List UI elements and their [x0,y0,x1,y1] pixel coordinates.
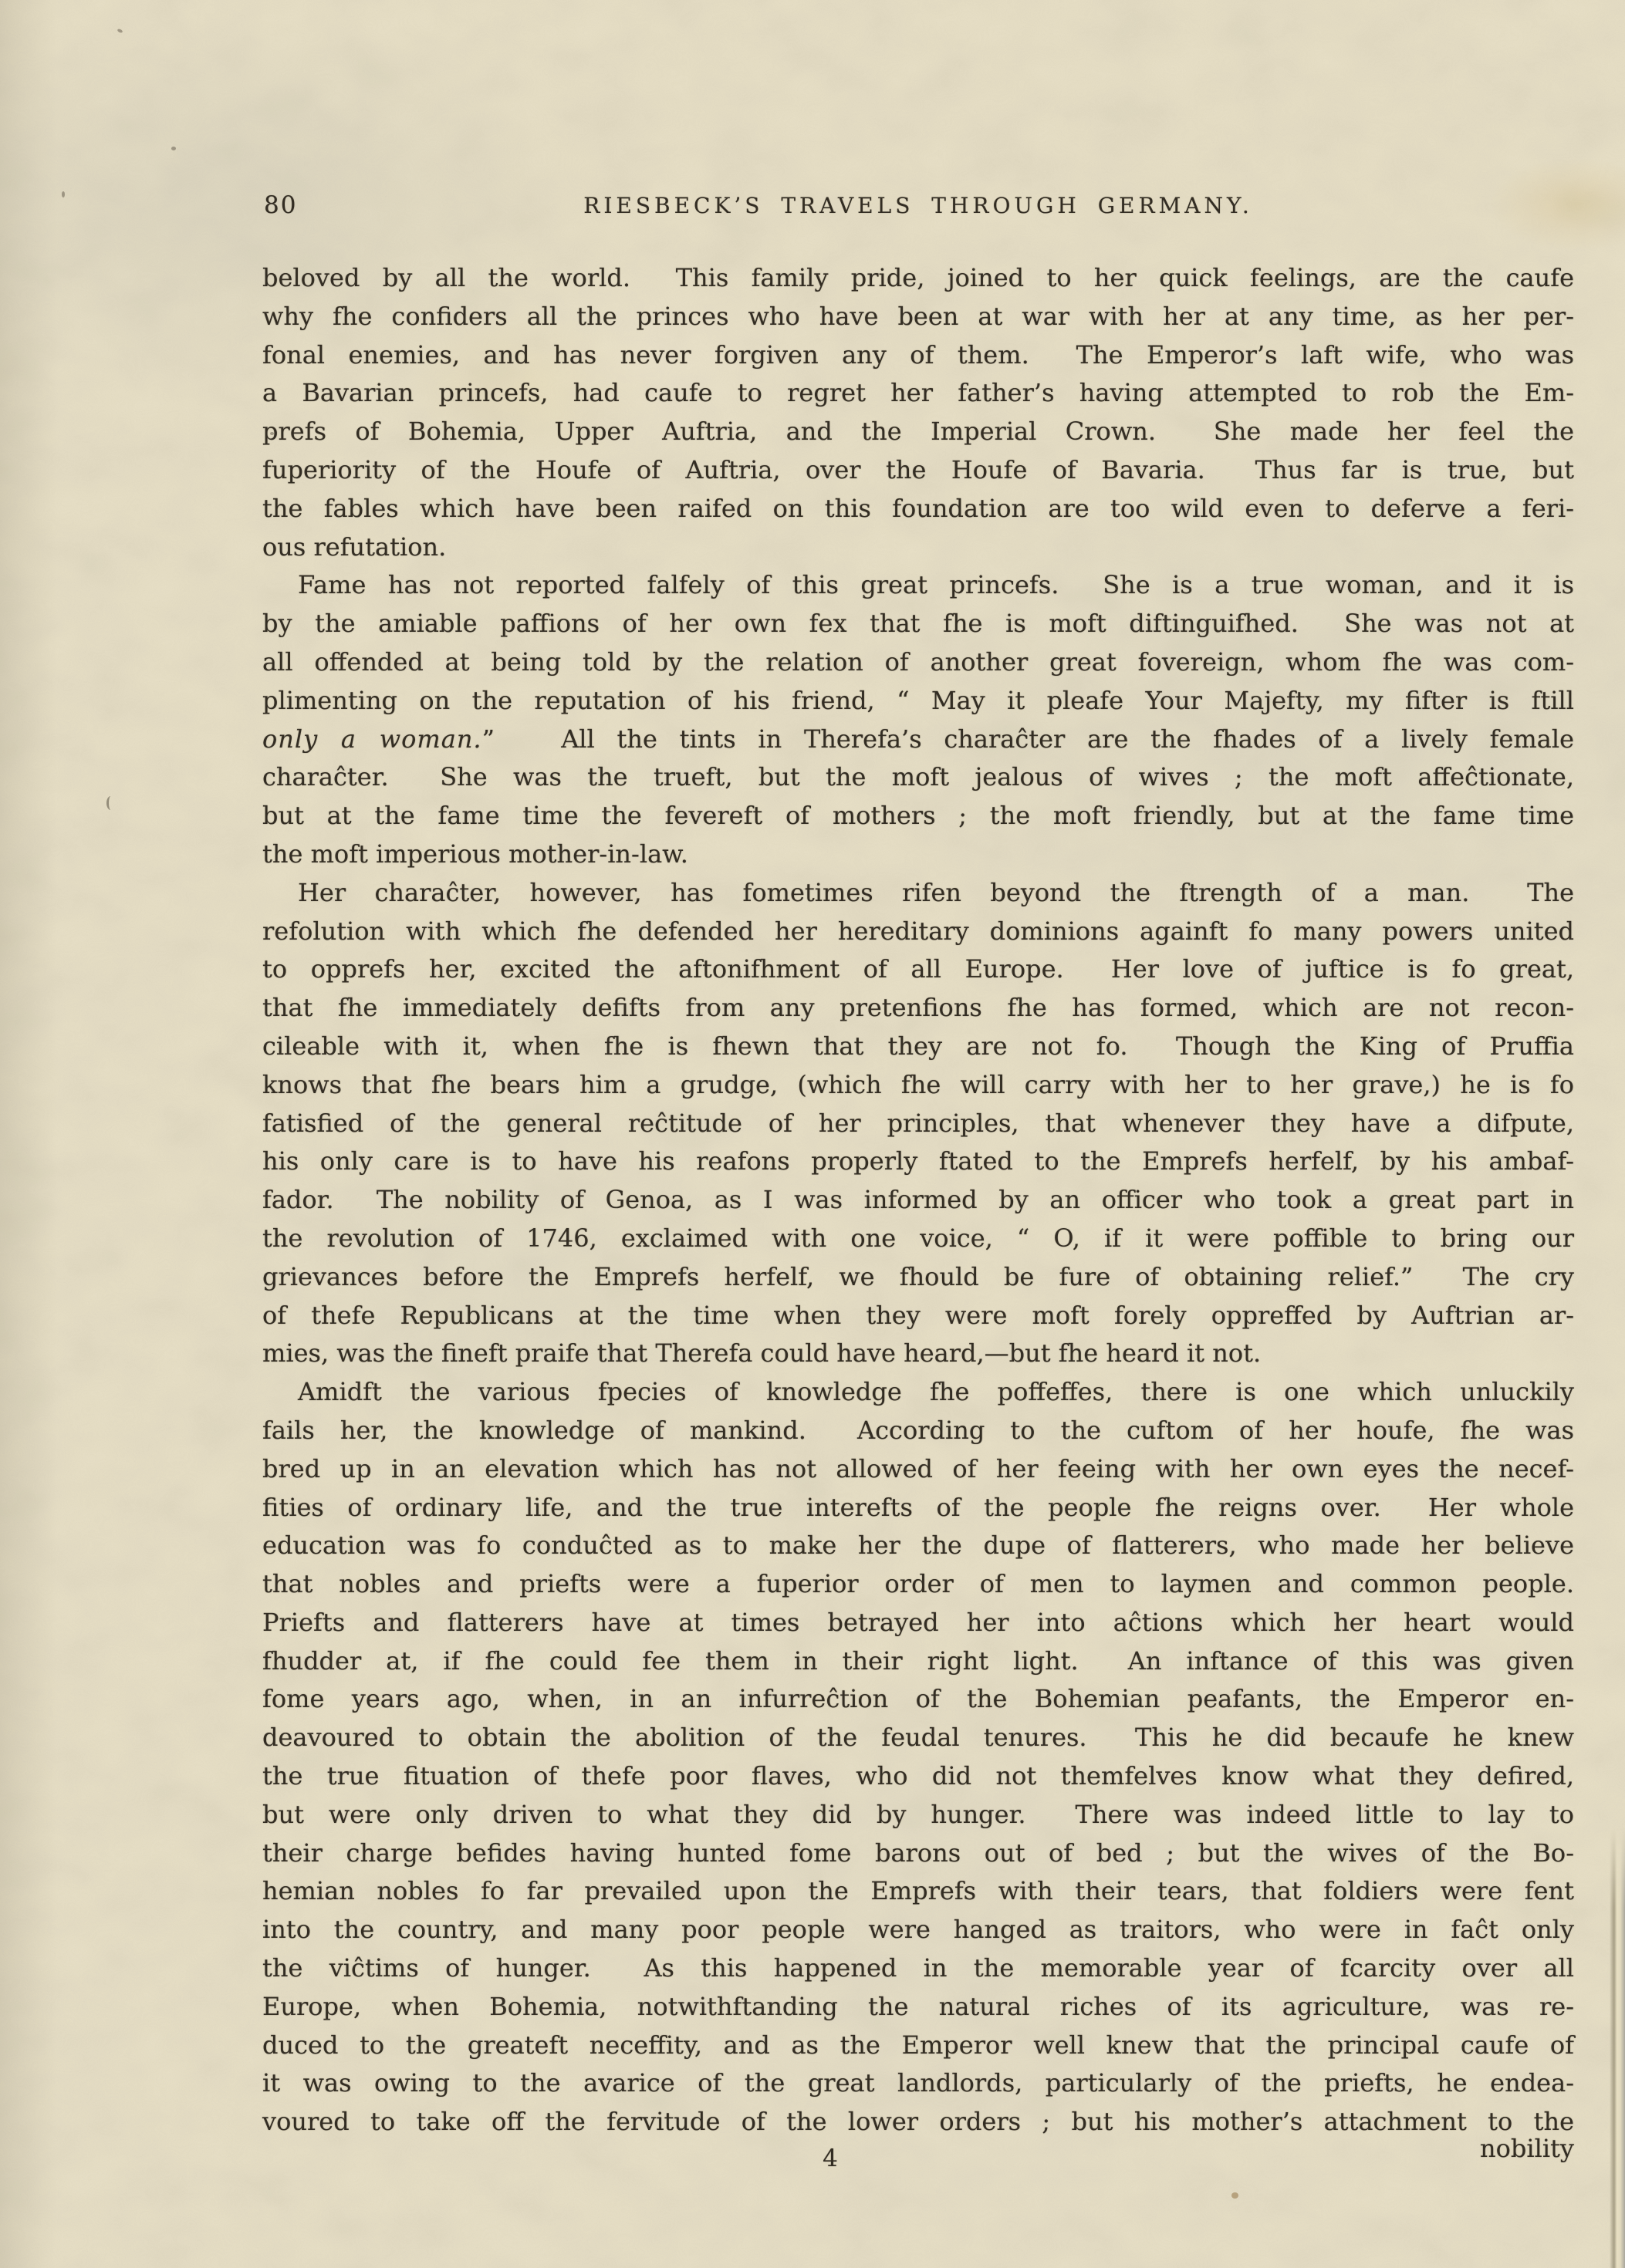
text-line: Europe, when Bohemia, notwithftanding th… [262,1988,1574,2027]
text-line: of thefe Republicans at the time when th… [262,1297,1574,1335]
text-line: fuperiority of the Houfe of Auftria, ove… [262,451,1574,490]
text-line: beloved by all the world. This family pr… [262,259,1574,298]
text-line: the fables which have been raifed on thi… [262,490,1574,528]
text-line: Fame has not reported falfely of this gr… [262,566,1574,605]
page-edge-shadow [1610,1828,1625,2268]
running-title: RIESBECK’S TRAVELS THROUGH GERMANY. [262,193,1574,218]
text-line: fities of ordinary life, and the true in… [262,1489,1574,1527]
text-line: fonal enemies, and has never forgiven an… [262,336,1574,375]
text-line: to opprefs her, excited the aftonifhment… [262,950,1574,989]
text-line: the revolution of 1746, exclaimed with o… [262,1220,1574,1258]
paper-speck [117,29,123,34]
text-line: by the amiable paffions of her own fex t… [262,605,1574,643]
text-line: prefs of Bohemia, Upper Auftria, and the… [262,413,1574,451]
catchword: nobility [1480,2134,1574,2163]
text-line: fador. The nobility of Genoa, as I was i… [262,1181,1574,1220]
text-line: plimenting on the reputation of his frie… [262,682,1574,721]
text-line: fatisfied of the general reĉtitude of he… [262,1105,1574,1143]
text-line: why fhe confiders all the princes who ha… [262,298,1574,336]
text-line: Amidft the various fpecies of knowledge … [262,1373,1574,1412]
text-line: it was owing to the avarice of the great… [262,2064,1574,2103]
text-line: hemian nobles fo far prevailed upon the … [262,1872,1574,1911]
text-line: that nobles and priefts were a fuperior … [262,1565,1574,1604]
text-line: duced to the greateft neceffity, and as … [262,2027,1574,2065]
text-line: education was fo conduĉted as to make he… [262,1527,1574,1565]
text-line: fhudder at, if fhe could fee them in the… [262,1642,1574,1681]
text-line: bred up in an elevation which has not al… [262,1450,1574,1489]
book-page: 80 RIESBECK’S TRAVELS THROUGH GERMANY. b… [0,0,1625,2268]
text-column: beloved by all the world. This family pr… [262,259,1574,2141]
text-line: that fhe immediately defifts from any pr… [262,989,1574,1028]
text-line: voured to take off the fervitude of the … [262,2103,1574,2141]
text-line: refolution with which fhe defended her h… [262,913,1574,951]
paper-speck [62,191,65,197]
text-line: grievances before the Emprefs herfelf, w… [262,1258,1574,1297]
paper-speck [1231,2192,1238,2199]
text-line: a Bavarian princefs, had caufe to regret… [262,374,1574,413]
text-line: cileable with it, when fhe is fhewn that… [262,1028,1574,1066]
text-line: deavoured to obtain the abolition of the… [262,1719,1574,1757]
text-line: ous refutation. [262,528,1574,567]
text-line: but at the fame time the fevereft of mot… [262,797,1574,835]
text-line: the moft imperious mother-in-law. [262,835,1574,874]
text-line: the viĉtims of hunger. As this happened … [262,1949,1574,1988]
paper-speck [270,432,274,435]
text-line: his only care is to have his reafons pro… [262,1142,1574,1181]
text-line: the true fituation of thefe poor flaves,… [262,1757,1574,1796]
text-line: only a woman.” All the tints in Therefa’… [262,721,1574,759]
page-header: 80 RIESBECK’S TRAVELS THROUGH GERMANY. [262,188,1574,224]
text-line: fails her, the knowledge of mankind. Acc… [262,1412,1574,1450]
signature-mark: 4 [807,2145,853,2172]
text-line: their charge befides having hunted fome … [262,1834,1574,1873]
margin-mark [106,796,115,810]
text-line: Priefts and flatterers have at times bet… [262,1604,1574,1642]
text-line: mies, was the fineft praife that Therefa… [262,1335,1574,1373]
text-line: fome years ago, when, in an infurreĉtion… [262,1680,1574,1719]
text-line: charaĉter. She was the trueft, but the m… [262,758,1574,797]
text-line: knows that fhe bears him a grudge, (whic… [262,1066,1574,1105]
text-line: but were only driven to what they did by… [262,1796,1574,1834]
text-line: all offended at being told by the relati… [262,643,1574,682]
text-line: Her charaĉter, however, has fometimes ri… [262,874,1574,913]
paper-speck [171,147,176,150]
text-line: into the country, and many poor people w… [262,1911,1574,1949]
